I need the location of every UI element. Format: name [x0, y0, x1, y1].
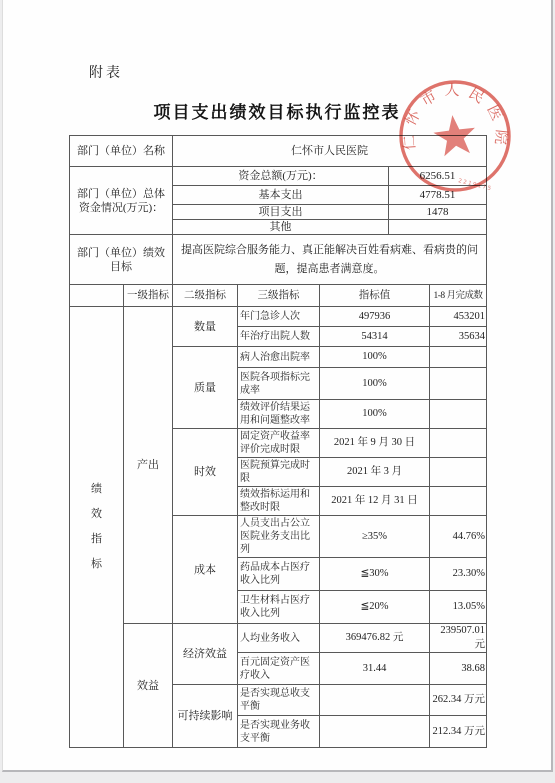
indicator-target: 100% [320, 347, 430, 368]
scanned-document: { "page": { "annex": "附表", "title": "项目支… [0, 0, 555, 783]
side-label: 绩效指标 [91, 477, 103, 577]
indicator-target: ≥35% [320, 516, 430, 558]
annex-label: 附表 [89, 62, 123, 82]
indicator-completed [430, 400, 487, 429]
level2-economic-benefit: 经济效益 [173, 624, 238, 685]
indicator-name: 医院预算完成时限 [238, 458, 320, 487]
indicator-completed [430, 429, 487, 458]
indicator-name: 固定资产收益率评价完成时限 [238, 429, 320, 458]
indicator-completed [430, 368, 487, 400]
document-page: 附表 项目支出绩效目标执行监控表 部门（单位）名称 仁怀市人民医院 部门（单位）… [2, 0, 553, 772]
indicator-name: 绩效指标运用和整改时限 [238, 487, 320, 516]
corner-cell [70, 285, 124, 307]
indicator-completed: 23.30% [430, 558, 487, 591]
indicator-target: 100% [320, 368, 430, 400]
indicator-completed: 262.34 万元 [430, 685, 487, 716]
header-row: 一级指标 二级指标 三级指标 指标值 1-8 月完成数 [70, 285, 487, 307]
fund-overview-label: 部门（单位）总体资金情况(万元)： [70, 167, 173, 235]
info-table: 部门（单位）名称 仁怀市人民医院 部门（单位）总体资金情况(万元)： 资金总额(… [69, 135, 487, 285]
indicator-name: 人员支出占公立医院业务支出比列 [238, 516, 320, 558]
indicator-completed: 38.68 [430, 653, 487, 685]
indicator-target: 54314 [320, 327, 430, 347]
indicator-target: 497936 [320, 307, 430, 327]
indicator-completed: 44.76% [430, 516, 487, 558]
indicator-name: 病人治愈出院率 [238, 347, 320, 368]
indicator-target: 100% [320, 400, 430, 429]
table-row: 部门（单位）绩效目标 提高医院综合服务能力、真正能解决百姓看病难、看病贵的问题，… [70, 235, 487, 285]
indicator-target: 2021 年 3 月 [320, 458, 430, 487]
monitoring-table: 部门（单位）名称 仁怀市人民医院 部门（单位）总体资金情况(万元)： 资金总额(… [69, 135, 488, 748]
basic-expense-value: 4778.51 [389, 186, 487, 205]
performance-goal-value: 提高医院综合服务能力、真正能解决百姓看病难、看病贵的问题，提高患者满意度。 [173, 235, 487, 285]
indicator-target: ≦30% [320, 558, 430, 591]
indicator-name: 医院各项指标完成率 [238, 368, 320, 400]
indicator-name: 是否实现业务收支平衡 [238, 716, 320, 748]
indicator-completed [430, 487, 487, 516]
indicator-completed: 13.05% [430, 591, 487, 624]
table-row: 部门（单位）名称 仁怀市人民医院 [70, 136, 487, 167]
indicator-target [320, 685, 430, 716]
project-expense-value: 1478 [389, 205, 487, 220]
indicator-name: 年门急诊人次 [238, 307, 320, 327]
indicator-target: ≦20% [320, 591, 430, 624]
indicator-target: 31.44 [320, 653, 430, 685]
indicator-name: 卫生材料占医疗收入比列 [238, 591, 320, 624]
level2-cost: 成本 [173, 516, 238, 624]
page-title: 项目支出绩效目标执行监控表 [3, 98, 551, 123]
side-label-cell: 绩效指标 [70, 307, 124, 748]
project-expense-label: 项目支出 [173, 205, 389, 220]
indicator-table: 一级指标 二级指标 三级指标 指标值 1-8 月完成数 绩效指标 产出 数量 年… [69, 284, 487, 748]
other-expense-label: 其他 [173, 220, 389, 235]
fund-total-label: 资金总额(万元)： [173, 167, 389, 186]
indicator-name: 是否实现总收支平衡 [238, 685, 320, 716]
indicator-completed [430, 458, 487, 487]
table-row: 部门（单位）总体资金情况(万元)： 资金总额(万元)： 6256.51 [70, 167, 487, 186]
performance-goal-label: 部门（单位）绩效目标 [70, 235, 173, 285]
header-level3: 三级指标 [238, 285, 320, 307]
basic-expense-label: 基本支出 [173, 186, 389, 205]
indicator-target [320, 716, 430, 748]
table-row: 效益 经济效益 人均业务收入 369476.82 元 239507.01 元 [70, 624, 487, 653]
indicator-name: 年治疗出院人数 [238, 327, 320, 347]
indicator-completed: 239507.01 元 [430, 624, 487, 653]
header-target: 指标值 [320, 285, 430, 307]
table-row: 绩效指标 产出 数量 年门急诊人次 497936 453201 [70, 307, 487, 327]
indicator-completed: 212.34 万元 [430, 716, 487, 748]
other-expense-value [389, 220, 487, 235]
level1-benefit: 效益 [124, 624, 173, 748]
indicator-target: 369476.82 元 [320, 624, 430, 653]
header-completed: 1-8 月完成数 [430, 285, 487, 307]
level2-quality: 质量 [173, 347, 238, 429]
indicator-name: 百元固定资产医疗收入 [238, 653, 320, 685]
header-level2: 二级指标 [173, 285, 238, 307]
indicator-completed: 35634 [430, 327, 487, 347]
indicator-target: 2021 年 9 月 30 日 [320, 429, 430, 458]
indicator-target: 2021 年 12 月 31 日 [320, 487, 430, 516]
level1-output: 产出 [124, 307, 173, 624]
indicator-name: 人均业务收入 [238, 624, 320, 653]
fund-total-value: 6256.51 [389, 167, 487, 186]
indicator-name: 药品成本占医疗收入比列 [238, 558, 320, 591]
indicator-name: 绩效评价结果运用和问题整改率 [238, 400, 320, 429]
indicator-completed: 453201 [430, 307, 487, 327]
dept-name-value: 仁怀市人民医院 [173, 136, 487, 167]
level2-quantity: 数量 [173, 307, 238, 347]
dept-name-label: 部门（单位）名称 [70, 136, 173, 167]
header-level1: 一级指标 [124, 285, 173, 307]
level2-timeliness: 时效 [173, 429, 238, 516]
level2-sustainability: 可持续影响 [173, 685, 238, 748]
indicator-completed [430, 347, 487, 368]
